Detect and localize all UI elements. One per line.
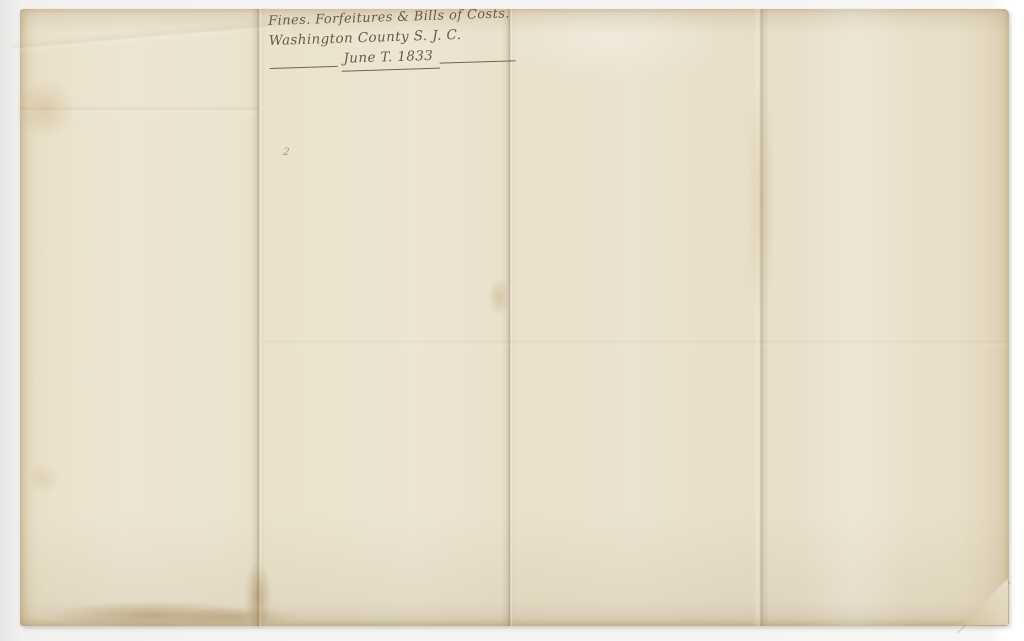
docket-date: June T. 1833 <box>343 48 433 67</box>
document-paper: Fines. Forfeitures & Bills of Costs. Was… <box>20 9 1009 626</box>
paper-sheen <box>798 9 908 626</box>
stain-bottom-left-2 <box>170 607 300 627</box>
fold-line-1 <box>250 9 266 626</box>
docket-annotation: Fines. Forfeitures & Bills of Costs. Was… <box>268 5 520 74</box>
rule-left <box>269 55 337 69</box>
scan-background: Fines. Forfeitures & Bills of Costs. Was… <box>0 0 1024 641</box>
fold-line-3 <box>753 9 769 626</box>
dog-ear-fold <box>961 577 1008 625</box>
rule-right <box>439 49 515 63</box>
fold-line-2 <box>501 9 517 626</box>
stray-pen-mark: 2 <box>282 147 290 159</box>
rule-under-date <box>342 68 440 72</box>
horizontal-crease-top-left <box>20 105 258 115</box>
stain-bottom-left <box>48 601 258 629</box>
stain-left-edge-mid <box>26 461 60 495</box>
